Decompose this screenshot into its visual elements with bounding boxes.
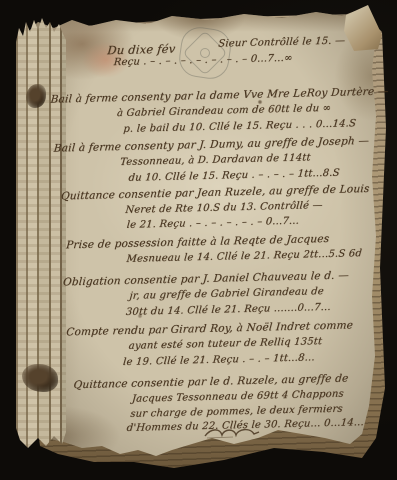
paraphe-flourish-icon: [203, 425, 261, 441]
manuscript-line: Bail à ferme consenty par la dame Vve Mr…: [50, 85, 389, 105]
manuscript-line: Sieur Contrôllé le 15. —: [218, 35, 346, 49]
manuscript-line: Neret de Rte 10.S du 13. Contrôllé —: [125, 200, 323, 216]
manuscript-line: à Gabriel Girandeau com de 60tt le du ∞: [116, 103, 331, 119]
manuscript-line: Quittance consentie par Jean Ruzele, au …: [60, 183, 369, 203]
manuscript-line: Bail à ferme consenty par J. Dumy, au gr…: [53, 135, 369, 155]
manuscript-line: du 10. Cllé le 15. Reçu . – . – . – 1tt.…: [128, 168, 340, 184]
manuscript-line: ayant esté son tuteur de Relliq 135tt: [128, 336, 322, 352]
manuscript-line: Tessonneau, à D. Dardavan de 114tt: [120, 152, 311, 168]
manuscript-line: 30tt du 14. Cllé le 21. Reçu .......0...…: [125, 302, 331, 318]
manuscript-line: le 19. Cllé le 21. Reçu . – . – 1tt...8.…: [123, 352, 316, 368]
ink-layer: Du dixe févSieur Contrôllé le 15. —Reçu …: [0, 0, 397, 480]
manuscript-line: jr, au greffe de Gabriel Girandeau de: [129, 286, 324, 302]
manuscript-line: Prise de possession faitte à la Reqte de…: [66, 233, 330, 251]
manuscript-line: Mesnueau le 14. Cllé le 21. Reçu 2tt...5…: [126, 248, 362, 265]
manuscript-photo: Du dixe févSieur Contrôllé le 15. —Reçu …: [0, 0, 397, 480]
manuscript-line: p. le bail du 10. Cllé le 15. Reçu . . .…: [123, 118, 357, 135]
manuscript-line: Jacques Tessonneau de 69tt 4 Chappons: [131, 389, 344, 405]
manuscript-line: le 21. Reçu . – . – . – . – . – 0...7...: [126, 216, 299, 231]
manuscript-line: Quittance consentie par le d. Ruzele, au…: [73, 372, 349, 391]
